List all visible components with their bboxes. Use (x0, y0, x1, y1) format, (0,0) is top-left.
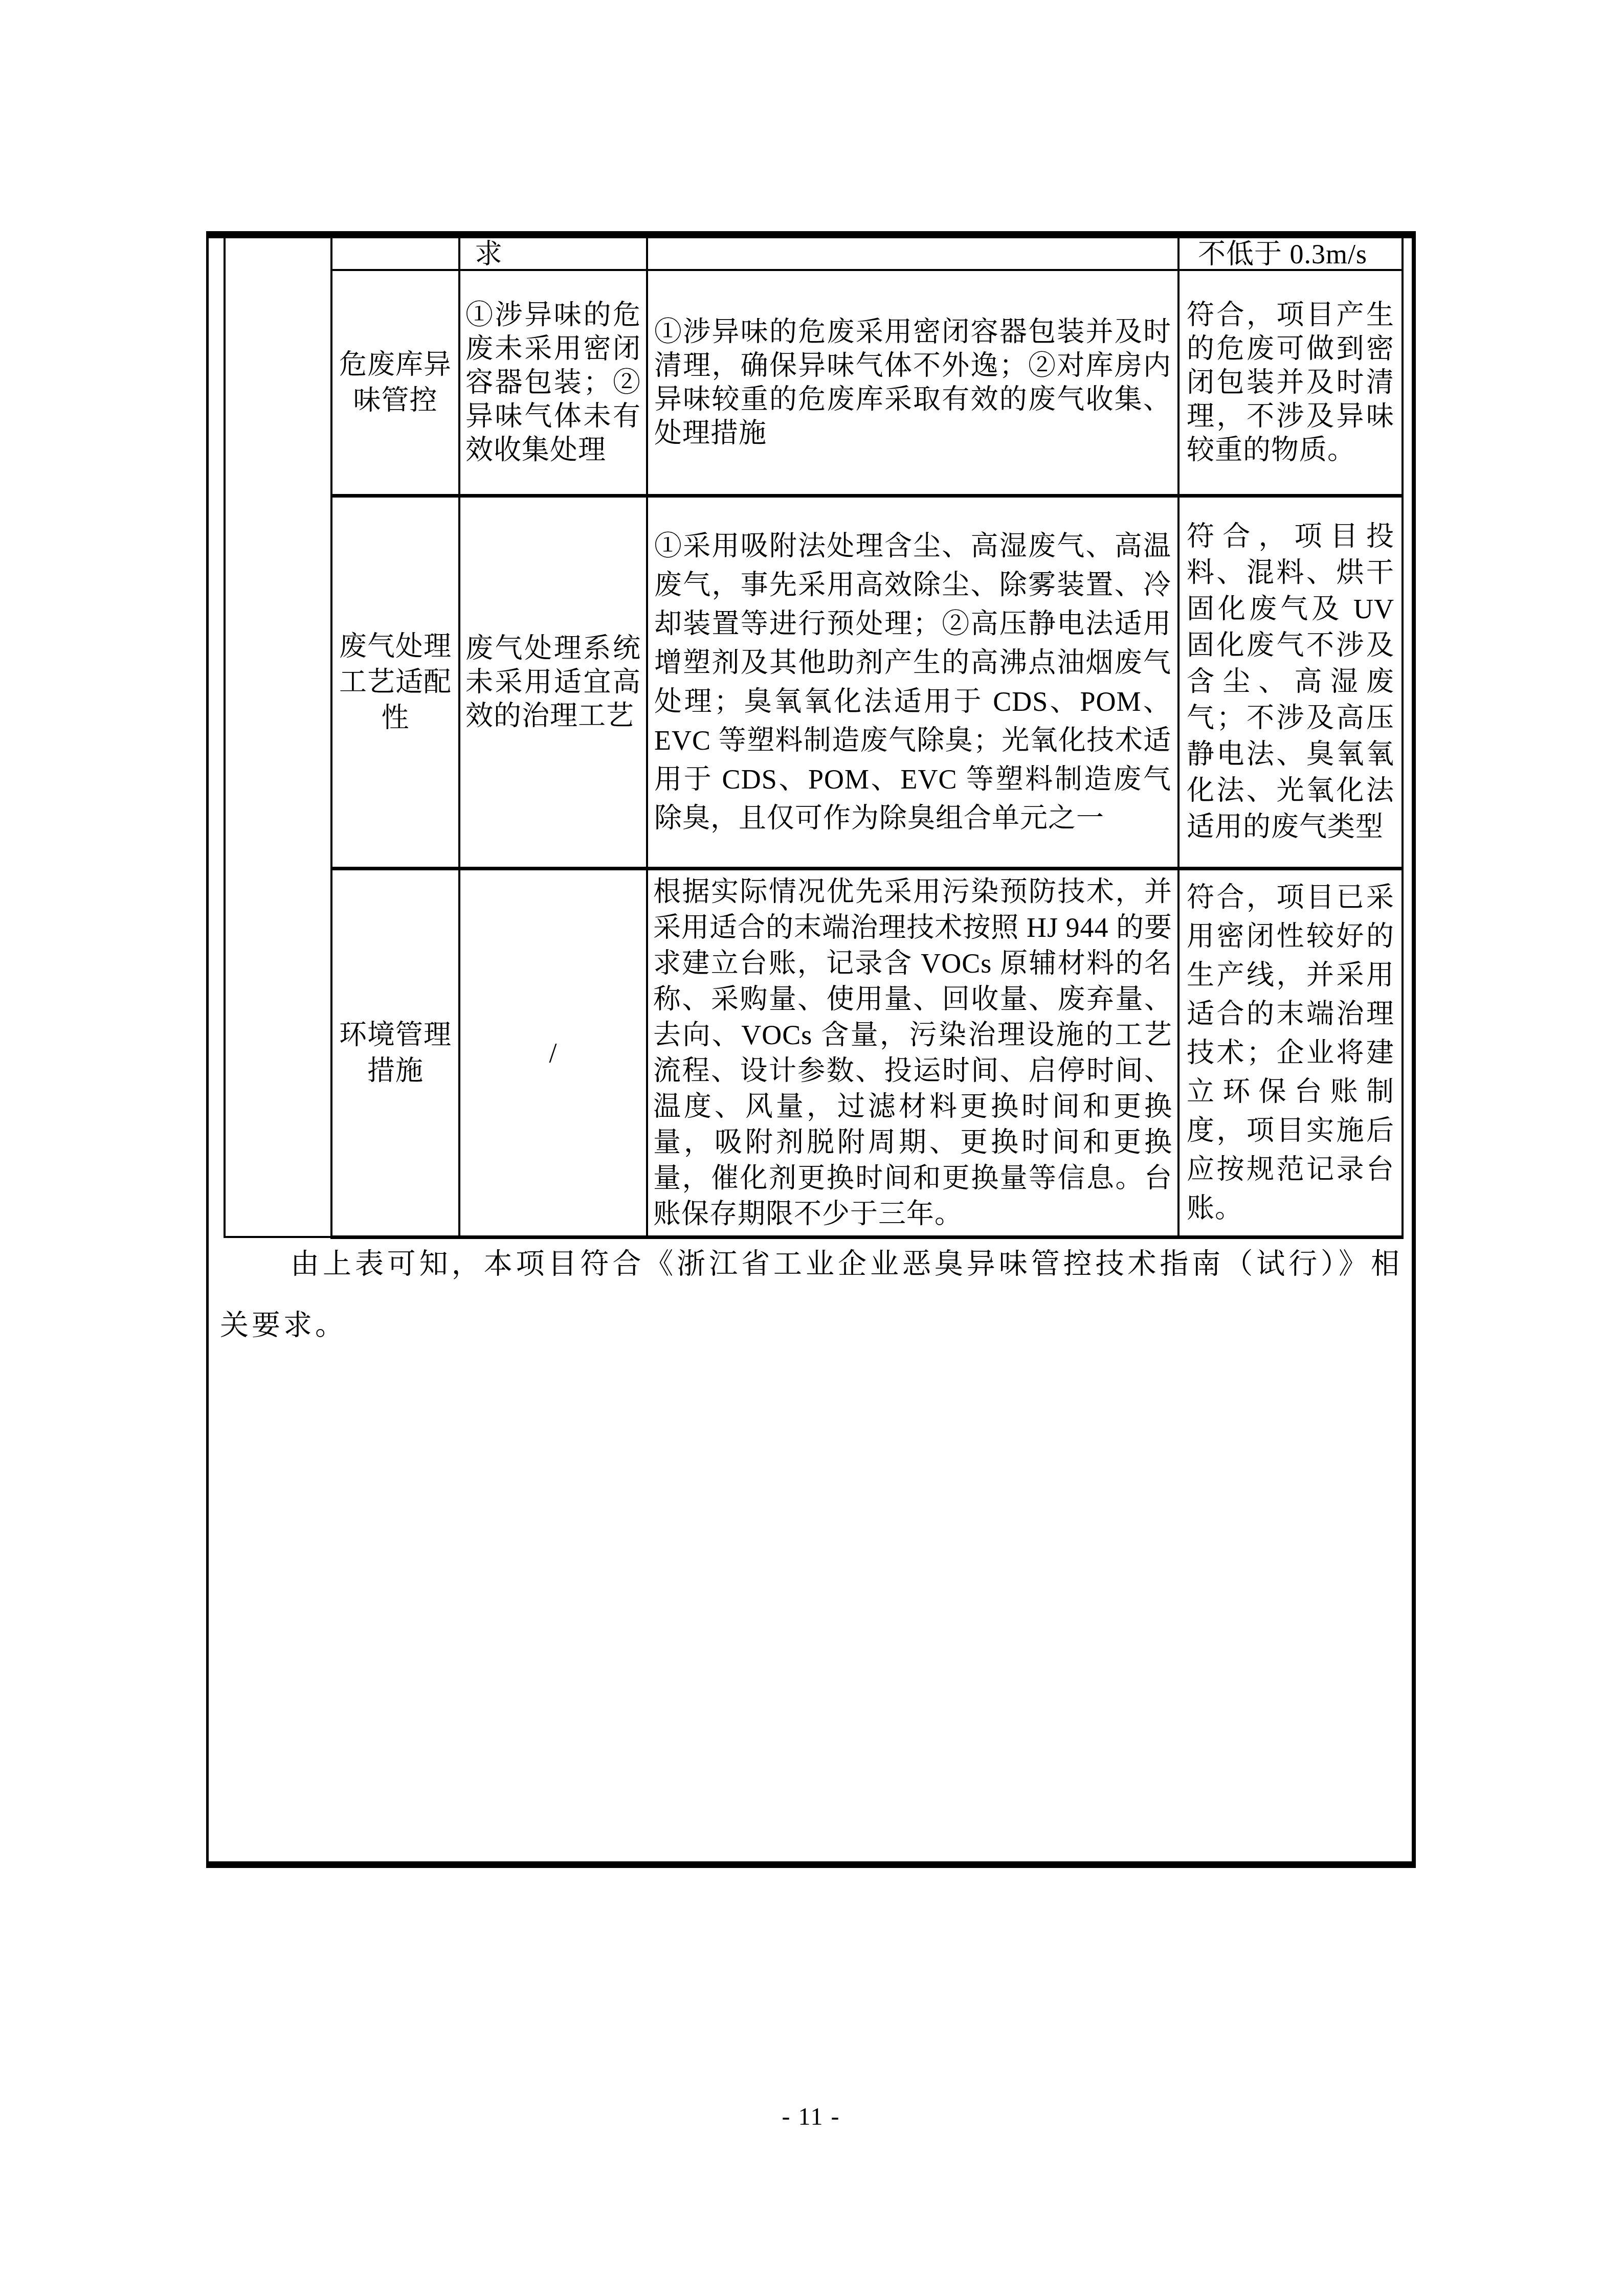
cell-conformity-hazardous-waste: 符合，项目产生的危废可做到密闭包装并及时清理，不涉及异味较重的物质。 (1178, 270, 1403, 496)
cell-requirement-treatment-process: ①采用吸附法处理含尘、高湿废气、高温废气，事先采用高效除尘、除雾装置、冷却装置等… (647, 496, 1178, 868)
table-row-hazardous-waste-storage: 危废库异味管控 ①涉异味的危废未采用密闭容器包装；②异味气体未有效收集处理 ①涉… (225, 270, 1403, 496)
cell-problem-hazardous-waste: ①涉异味的危废未采用密闭容器包装；②异味气体未有效收集处理 (459, 270, 647, 496)
cell-problem-treatment-process: 废气处理系统未采用适宜高效的治理工艺 (459, 496, 647, 868)
table-row-env-management: 环境管理措施 / 根据实际情况优先采用污染预防技术，并采用适合的末端治理技术按照… (225, 868, 1403, 1237)
page-number: - 11 - (206, 2103, 1416, 2131)
cell-indicator-treatment-process: 废气处理工艺适配性 (331, 496, 459, 868)
merged-empty-cell (225, 237, 331, 1237)
table-row-continuation: 求 不低于 0.3m/s (225, 237, 1403, 270)
document-page: 求 不低于 0.3m/s 危废库异味管控 ①涉异味的危废未采用密闭容器包装；②异… (0, 0, 1624, 2296)
cell-problem-continuation: 求 (459, 237, 647, 270)
cell-problem-env-management: / (459, 868, 647, 1237)
cell-requirement-hazardous-waste: ①涉异味的危废采用密闭容器包装并及时清理，确保异味气体不外逸；②对库房内异味较重… (647, 270, 1178, 496)
cell-conformity-treatment-process: 符合，项目投料、混料、烘干固化废气及 UV 固化废气不涉及含尘、高湿废气；不涉及… (1178, 496, 1403, 868)
cell-indicator-continuation (331, 237, 459, 270)
table-row-treatment-process: 废气处理工艺适配性 废气处理系统未采用适宜高效的治理工艺 ①采用吸附法处理含尘、… (225, 496, 1403, 868)
cell-indicator-env-management: 环境管理措施 (331, 868, 459, 1237)
cell-conformity-env-management: 符合，项目已采用密闭性较好的生产线，并采用适合的末端治理技术；企业将建立环保台账… (1178, 868, 1403, 1237)
odor-control-compliance-table: 求 不低于 0.3m/s 危废库异味管控 ①涉异味的危废未采用密闭容器包装；②异… (224, 236, 1404, 1239)
cell-requirement-env-management: 根据实际情况优先采用污染预防技术，并采用适合的末端治理技术按照 HJ 944 的… (647, 868, 1178, 1237)
closing-paragraph: 由上表可知，本项目符合《浙江省工业企业恶臭异味管控技术指南（试行）》相关要求。 (220, 1233, 1403, 1356)
cell-indicator-hazardous-waste: 危废库异味管控 (331, 270, 459, 496)
cell-requirement-continuation (647, 237, 1178, 270)
cell-conformity-continuation: 不低于 0.3m/s (1178, 237, 1403, 270)
